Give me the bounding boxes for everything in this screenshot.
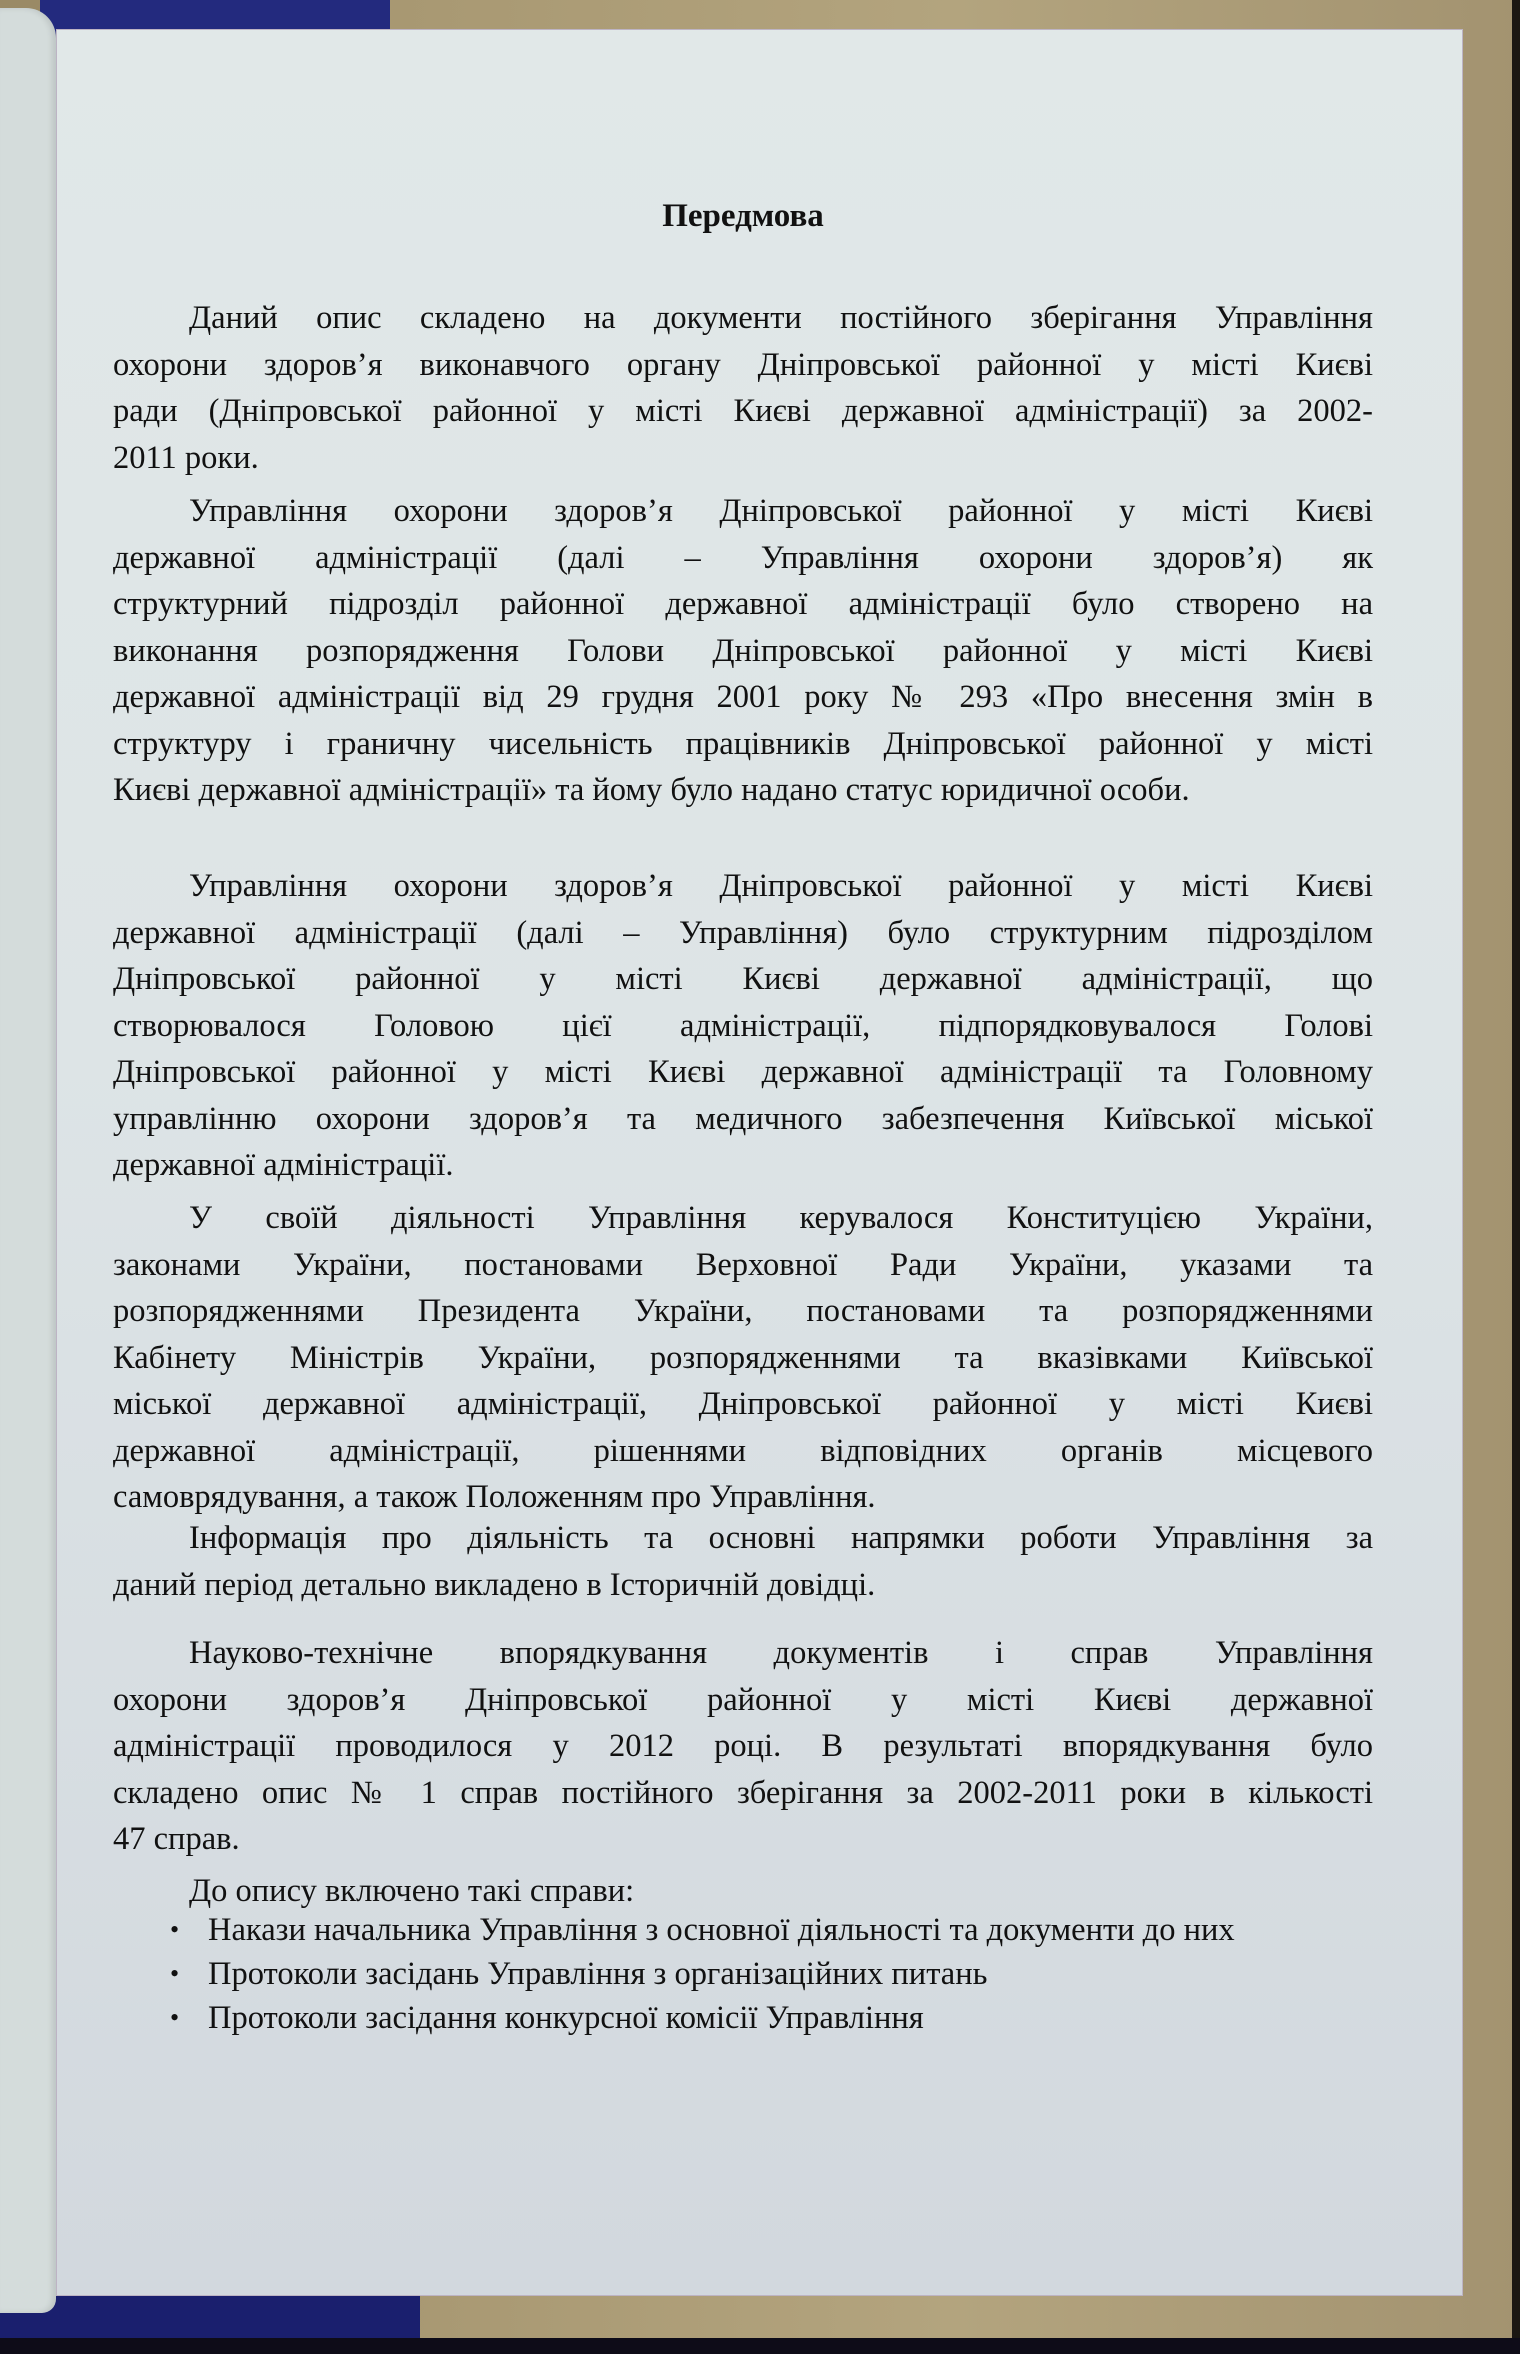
paragraph-line: законами України, постановами Верховної … xyxy=(113,1242,1373,1289)
paragraph-line: Кабінету Міністрів України, розпорядженн… xyxy=(113,1335,1373,1382)
paragraph-line: охорони здоров’я виконавчого органу Дніп… xyxy=(113,342,1373,389)
list-item-text: Протоколи засідань Управління з організа… xyxy=(208,1956,987,1992)
dark-edge-right xyxy=(1512,0,1520,2354)
bullet-icon: • xyxy=(170,1908,179,1952)
paragraph-line: міської державної адміністрації, Дніпров… xyxy=(113,1381,1373,1428)
paragraph-line: Управління охорони здоров’я Дніпровської… xyxy=(113,863,1373,910)
paragraph-line: державної адміністрації (далі – Управлін… xyxy=(113,535,1373,582)
paragraph-line: структурний підрозділ районної державної… xyxy=(113,581,1373,628)
paragraph-3: Управління охорони здоров’я Дніпровської… xyxy=(113,863,1373,1189)
paragraph-line: державної адміністрації, рішеннями відпо… xyxy=(113,1428,1373,1475)
paragraph-line: державної адміністрації. xyxy=(113,1142,1373,1189)
paragraph-line: виконання розпорядження Голови Дніпровсь… xyxy=(113,628,1373,675)
dark-edge-bottom xyxy=(0,2338,1520,2354)
paragraph-line: Науково-технічне впорядкування документі… xyxy=(113,1630,1373,1677)
paragraph-6: Науково-технічне впорядкування документі… xyxy=(113,1630,1373,1863)
paragraph-5: Інформація про діяльність та основні нап… xyxy=(113,1515,1373,1608)
paragraph-line: Даний опис складено на документи постійн… xyxy=(113,295,1373,342)
list-item: • Протоколи засідання конкурсної комісії… xyxy=(113,1996,1373,2040)
paragraph-line: 2011 роки. xyxy=(113,435,1373,482)
paragraph-line: Дніпровської районної у місті Києві держ… xyxy=(113,956,1373,1003)
left-facing-page-edge xyxy=(0,8,56,2313)
list-item-text: Накази начальника Управління з основної … xyxy=(208,1912,1235,1948)
paragraph-line: адміністрації проводилося у 2012 році. В… xyxy=(113,1723,1373,1770)
paragraph-line: управлінню охорони здоров’я та медичного… xyxy=(113,1096,1373,1143)
paragraph-line: У своїй діяльності Управління керувалося… xyxy=(113,1195,1373,1242)
list-item-text: Протоколи засідання конкурсної комісії У… xyxy=(208,2000,924,2036)
bullet-icon: • xyxy=(170,1996,179,2040)
list-item: • Накази начальника Управління з основно… xyxy=(113,1908,1373,1952)
paragraph-line: самоврядування, а також Положенням про У… xyxy=(113,1474,1373,1521)
paragraph-2: Управління охорони здоров’я Дніпровської… xyxy=(113,488,1373,814)
paragraph-line: 47 справ. xyxy=(113,1816,1373,1863)
paragraph-line: Інформація про діяльність та основні нап… xyxy=(113,1515,1373,1562)
paragraph-1: Даний опис складено на документи постійн… xyxy=(113,295,1373,481)
paragraph-line: Києві державної адміністрації» та йому б… xyxy=(113,767,1373,814)
paragraph-line: складено опис № 1 справ постійного збері… xyxy=(113,1770,1373,1817)
case-list: • Накази начальника Управління з основно… xyxy=(113,1908,1373,2040)
paragraph-line: структуру і граничну чисельність працівн… xyxy=(113,721,1373,768)
page-title: Передмова xyxy=(113,193,1373,240)
paragraph-line: даний період детально викладено в Істори… xyxy=(113,1562,1373,1609)
paragraph-line: створювалося Головою цієї адміністрації,… xyxy=(113,1003,1373,1050)
paragraph-4: У своїй діяльності Управління керувалося… xyxy=(113,1195,1373,1521)
paragraph-line: державної адміністрації від 29 грудня 20… xyxy=(113,674,1373,721)
paragraph-line: розпорядженнями Президента України, пост… xyxy=(113,1288,1373,1335)
document-page: Передмова Даний опис складено на докумен… xyxy=(57,30,1462,2295)
paragraph-line: державної адміністрації (далі – Управлін… xyxy=(113,910,1373,957)
paragraph-line: Управління охорони здоров’я Дніпровської… xyxy=(113,488,1373,535)
bullet-icon: • xyxy=(170,1952,179,1996)
paragraph-line: ради (Дніпровської районної у місті Києв… xyxy=(113,388,1373,435)
paragraph-line: охорони здоров’я Дніпровської районної у… xyxy=(113,1677,1373,1724)
paragraph-line: Дніпровської районної у місті Києві держ… xyxy=(113,1049,1373,1096)
list-item: • Протоколи засідань Управління з органі… xyxy=(113,1952,1373,1996)
